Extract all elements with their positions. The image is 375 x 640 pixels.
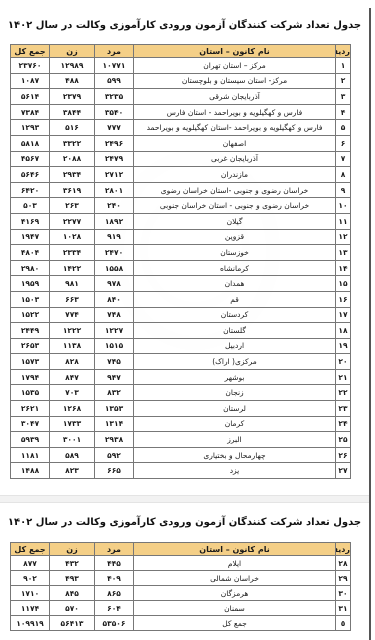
cell-name: خوزستان bbox=[134, 245, 336, 261]
table-row: ۲مرکز- استان سیستان و بلوچستان۵۹۹۴۸۸۱۰۸۷ bbox=[11, 73, 351, 89]
table-header-row: ردیف نام کانون – استان مرد زن جمع کل bbox=[11, 45, 351, 58]
cell-row-number: ۱۷ bbox=[336, 307, 351, 323]
cell-total: ۱۵۳۵ bbox=[11, 385, 50, 401]
cell-name: زنجان bbox=[134, 385, 336, 401]
cell-total: ۱۵۷۳ bbox=[11, 354, 50, 370]
participants-table-2: ردیف نام کانون – استان مرد زن جمع کل ۲۸ا… bbox=[10, 542, 351, 631]
header-row-number: ردیف bbox=[336, 45, 351, 58]
cell-total: ۲۴۴۹ bbox=[11, 323, 50, 339]
cell-row-number: ۲۲ bbox=[336, 385, 351, 401]
table-row: ٥جمع کل۵۳۵۰۶۵۶۴۱۳۱۰۹۹۱۹ bbox=[11, 616, 351, 631]
cell-male: ۱۸۹۲ bbox=[95, 213, 134, 229]
cell-name: کرمانشاه bbox=[134, 260, 336, 276]
table-row: ۱مرکز – استان تهران۱۰۷۷۱۱۲۹۸۹۲۳۷۶۰ bbox=[11, 58, 351, 74]
cell-female: ۳۶۱۹ bbox=[50, 182, 95, 198]
cell-total: ۱۹۵۹ bbox=[11, 276, 50, 292]
cell-total: ۵۹۳۹ bbox=[11, 432, 50, 448]
header-male: مرد bbox=[95, 45, 134, 58]
cell-male: ۷۴۸ bbox=[95, 307, 134, 323]
cell-total: ۸۷۷ bbox=[11, 556, 50, 571]
cell-male: ۲۹۳۸ bbox=[95, 432, 134, 448]
cell-row-number: ۲۱ bbox=[336, 369, 351, 385]
cell-row-number: ۲ bbox=[336, 73, 351, 89]
cell-male: ۸۶۵ bbox=[95, 586, 134, 601]
cell-female: ۴۹۳ bbox=[50, 571, 95, 586]
cell-female: ۸۴۷ bbox=[50, 369, 95, 385]
cell-name: کرمان bbox=[134, 416, 336, 432]
cell-female: ۷۷۴ bbox=[50, 307, 95, 323]
cell-male: ۱۰۷۷۱ bbox=[95, 58, 134, 74]
table-row: ۳۱سمنان۶۰۴۵۷۰۱۱۷۴ bbox=[11, 601, 351, 616]
table-row: ۱۹اردبیل۱۵۱۵۱۱۳۸۲۶۵۳ bbox=[11, 338, 351, 354]
cell-female: ۳۸۴۴ bbox=[50, 104, 95, 120]
table-row: ۱۴کرمانشاه۱۵۵۸۱۴۲۲۲۹۸۰ bbox=[11, 260, 351, 276]
cell-row-number: ۹ bbox=[336, 182, 351, 198]
table-row: ۶اصفهان۲۴۹۶۳۳۲۲۵۸۱۸ bbox=[11, 135, 351, 151]
cell-row-number: ۱۸ bbox=[336, 323, 351, 339]
cell-total: ۱۷۱۰ bbox=[11, 586, 50, 601]
cell-row-number: ۲۵ bbox=[336, 432, 351, 448]
table-row: ۲۴کرمان۱۳۱۴۱۷۳۳۳۰۴۷ bbox=[11, 416, 351, 432]
cell-row-number: ٥ bbox=[336, 616, 351, 631]
cell-row-number: ۸ bbox=[336, 167, 351, 183]
cell-female: ۳۳۲۲ bbox=[50, 135, 95, 151]
cell-name: یزد bbox=[134, 463, 336, 479]
cell-male: ۷۷۷ bbox=[95, 120, 134, 136]
table-row: ۱۵همدان۹۷۸۹۸۱۱۹۵۹ bbox=[11, 276, 351, 292]
cell-total: ۱۰۹۹۱۹ bbox=[11, 616, 50, 631]
cell-total: ۴۸۰۴ bbox=[11, 245, 50, 261]
cell-name: فارس و کهگیلویه و بویراحمد -استان کهگیلو… bbox=[134, 120, 336, 136]
table-row: ۲۷یزد۶۶۵۸۲۳۱۴۸۸ bbox=[11, 463, 351, 479]
cell-name: سمنان bbox=[134, 601, 336, 616]
header-total: جمع کل bbox=[11, 45, 50, 58]
cell-male: ۶۰۴ bbox=[95, 601, 134, 616]
cell-male: ۱۵۱۵ bbox=[95, 338, 134, 354]
cell-male: ۵۳۵۰۶ bbox=[95, 616, 134, 631]
cell-name: مرکزی( اراک) bbox=[134, 354, 336, 370]
cell-female: ۴۸۸ bbox=[50, 73, 95, 89]
header-name: نام کانون – استان bbox=[134, 45, 336, 58]
cell-male: ۱۲۲۷ bbox=[95, 323, 134, 339]
cell-female: ۷۰۳ bbox=[50, 385, 95, 401]
cell-name: مرکز – استان تهران bbox=[134, 58, 336, 74]
cell-name: کردستان bbox=[134, 307, 336, 323]
cell-row-number: ۵ bbox=[336, 120, 351, 136]
header-name: نام کانون – استان bbox=[134, 543, 336, 556]
cell-male: ۸۴۰ bbox=[95, 291, 134, 307]
cell-male: ۱۳۵۳ bbox=[95, 401, 134, 417]
cell-row-number: ۳۱ bbox=[336, 601, 351, 616]
cell-name: لرستان bbox=[134, 401, 336, 417]
cell-row-number: ۱۰ bbox=[336, 198, 351, 214]
cell-row-number: ۱۳ bbox=[336, 245, 351, 261]
table-row: ۲۹خراسان شمالی۴۰۹۴۹۳۹۰۲ bbox=[11, 571, 351, 586]
cell-male: ۲۴۹۶ bbox=[95, 135, 134, 151]
cell-row-number: ۲۴ bbox=[336, 416, 351, 432]
header-total: جمع کل bbox=[11, 543, 50, 556]
cell-name: قم bbox=[134, 291, 336, 307]
cell-male: ۷۴۵ bbox=[95, 354, 134, 370]
cell-female: ۳۰۰۱ bbox=[50, 432, 95, 448]
cell-name: هرمزگان bbox=[134, 586, 336, 601]
header-female: زن bbox=[50, 543, 95, 556]
cell-male: ۵۹۲ bbox=[95, 447, 134, 463]
cell-female: ۵۶۴۱۳ bbox=[50, 616, 95, 631]
cell-total: ۶۴۲۰ bbox=[11, 182, 50, 198]
cell-female: ۵۸۹ bbox=[50, 447, 95, 463]
cell-total: ۱۷۹۴ bbox=[11, 369, 50, 385]
cell-total: ۲۶۲۱ bbox=[11, 401, 50, 417]
cell-male: ۹۱۹ bbox=[95, 229, 134, 245]
cell-male: ۳۵۴۰ bbox=[95, 104, 134, 120]
cell-total: ۱۱۸۱ bbox=[11, 447, 50, 463]
cell-male: ۹۷۸ bbox=[95, 276, 134, 292]
header-male: مرد bbox=[95, 543, 134, 556]
cell-female: ۱۲۲۲ bbox=[50, 323, 95, 339]
cell-name: مرکز- استان سیستان و بلوچستان bbox=[134, 73, 336, 89]
cell-row-number: ۲۸ bbox=[336, 556, 351, 571]
cell-female: ۴۳۲ bbox=[50, 556, 95, 571]
cell-total: ۵۶۴۶ bbox=[11, 167, 50, 183]
cell-total: ۱۴۸۸ bbox=[11, 463, 50, 479]
cell-total: ۵۸۱۸ bbox=[11, 135, 50, 151]
cell-female: ۵۱۶ bbox=[50, 120, 95, 136]
cell-name: بوشهر bbox=[134, 369, 336, 385]
cell-name: قزوین bbox=[134, 229, 336, 245]
table-header-row: ردیف نام کانون – استان مرد زن جمع کل bbox=[11, 543, 351, 556]
cell-female: ۵۷۰ bbox=[50, 601, 95, 616]
table-row: ۳آذربایجان شرقی۳۲۳۵۲۳۷۹۵۶۱۴ bbox=[11, 89, 351, 105]
cell-female: ۸۲۳ bbox=[50, 463, 95, 479]
cell-row-number: ۱۱ bbox=[336, 213, 351, 229]
cell-total: ۷۳۸۴ bbox=[11, 104, 50, 120]
cell-male: ۲۴۷۰ bbox=[95, 245, 134, 261]
cell-female: ۲۹۳۴ bbox=[50, 167, 95, 183]
cell-name: گیلان bbox=[134, 213, 336, 229]
cell-male: ۳۲۳۵ bbox=[95, 89, 134, 105]
cell-male: ۲۷۱۲ bbox=[95, 167, 134, 183]
page-edge-line bbox=[369, 8, 371, 640]
cell-female: ۱۷۳۳ bbox=[50, 416, 95, 432]
table-row: ۱۱گیلان۱۸۹۲۲۲۷۷۴۱۶۹ bbox=[11, 213, 351, 229]
table-row: ۲۵البرز۲۹۳۸۳۰۰۱۵۹۳۹ bbox=[11, 432, 351, 448]
cell-name: جمع کل bbox=[134, 616, 336, 631]
table2-title: جدول تعداد شرکت کنندگان آزمون ورودی کارآ… bbox=[0, 517, 369, 528]
table-row: ۱۸گلستان۱۲۲۷۱۲۲۲۲۴۴۹ bbox=[11, 323, 351, 339]
cell-name: خراسان رضوی و جنوبی -استان خراسان رضوی bbox=[134, 182, 336, 198]
cell-total: ۱۲۹۳ bbox=[11, 120, 50, 136]
cell-total: ۵۶۱۴ bbox=[11, 89, 50, 105]
cell-row-number: ۳۰ bbox=[336, 586, 351, 601]
document-page: جدول تعداد شرکت کنندگان آزمون ورودی کارآ… bbox=[0, 0, 375, 640]
cell-female: ۱۲۹۸۹ bbox=[50, 58, 95, 74]
cell-female: ۱۰۲۸ bbox=[50, 229, 95, 245]
cell-male: ۱۵۵۸ bbox=[95, 260, 134, 276]
cell-male: ۹۴۷ bbox=[95, 369, 134, 385]
cell-total: ۱۱۷۴ bbox=[11, 601, 50, 616]
table-row: ۱۷کردستان۷۴۸۷۷۴۱۵۲۲ bbox=[11, 307, 351, 323]
cell-row-number: ۲۳ bbox=[336, 401, 351, 417]
header-row-number: ردیف bbox=[336, 543, 351, 556]
cell-name: خراسان شمالی bbox=[134, 571, 336, 586]
table-row: ۳۰هرمزگان۸۶۵۸۴۵۱۷۱۰ bbox=[11, 586, 351, 601]
cell-female: ۲۰۸۸ bbox=[50, 151, 95, 167]
cell-female: ۶۶۳ bbox=[50, 291, 95, 307]
cell-male: ۵۹۹ bbox=[95, 73, 134, 89]
cell-row-number: ۲۹ bbox=[336, 571, 351, 586]
cell-female: ۲۳۳۴ bbox=[50, 245, 95, 261]
cell-total: ۹۰۲ bbox=[11, 571, 50, 586]
cell-row-number: ۴ bbox=[336, 104, 351, 120]
cell-female: ۲۶۳ bbox=[50, 198, 95, 214]
cell-total: ۱۵۲۲ bbox=[11, 307, 50, 323]
cell-name: فارس و کهگیلویه و بویراحمد - استان فارس bbox=[134, 104, 336, 120]
cell-row-number: ۱۹ bbox=[336, 338, 351, 354]
cell-total: ۱۵۰۳ bbox=[11, 291, 50, 307]
cell-name: اردبیل bbox=[134, 338, 336, 354]
participants-table-1: ردیف نام کانون – استان مرد زن جمع کل ۱مر… bbox=[10, 44, 351, 479]
cell-total: ۱۹۴۷ bbox=[11, 229, 50, 245]
cell-row-number: ۲۰ bbox=[336, 354, 351, 370]
table-row: ۹خراسان رضوی و جنوبی -استان خراسان رضوی۲… bbox=[11, 182, 351, 198]
table-row: ۲۸ایلام۴۴۵۴۳۲۸۷۷ bbox=[11, 556, 351, 571]
table-row: ۴فارس و کهگیلویه و بویراحمد - استان فارس… bbox=[11, 104, 351, 120]
cell-name: آذربایجان شرقی bbox=[134, 89, 336, 105]
table-row: ۸مازندران۲۷۱۲۲۹۳۴۵۶۴۶ bbox=[11, 167, 351, 183]
table-row: ۵فارس و کهگیلویه و بویراحمد -استان کهگیل… bbox=[11, 120, 351, 136]
cell-name: چهارمحال و بختیاری bbox=[134, 447, 336, 463]
cell-male: ۴۰۹ bbox=[95, 571, 134, 586]
cell-female: ۸۴۵ bbox=[50, 586, 95, 601]
cell-row-number: ۱۲ bbox=[336, 229, 351, 245]
cell-female: ۹۸۱ bbox=[50, 276, 95, 292]
cell-male: ۲۸۰۱ bbox=[95, 182, 134, 198]
cell-row-number: ۳ bbox=[336, 89, 351, 105]
table-row: ۱۶قم۸۴۰۶۶۳۱۵۰۳ bbox=[11, 291, 351, 307]
cell-row-number: ۲۷ bbox=[336, 463, 351, 479]
table1-title: جدول تعداد شرکت کنندگان آزمون ورودی کارآ… bbox=[0, 20, 369, 31]
cell-female: ۱۱۳۸ bbox=[50, 338, 95, 354]
table-row: ۲۳لرستان۱۳۵۳۱۲۶۸۲۶۲۱ bbox=[11, 401, 351, 417]
cell-row-number: ۷ bbox=[336, 151, 351, 167]
table-row: ۷آذربایجان غربی۲۴۷۹۲۰۸۸۴۵۶۷ bbox=[11, 151, 351, 167]
table-row: ۱۳خوزستان۲۴۷۰۲۳۳۴۴۸۰۴ bbox=[11, 245, 351, 261]
cell-total: ۲۹۸۰ bbox=[11, 260, 50, 276]
cell-male: ۱۳۱۴ bbox=[95, 416, 134, 432]
cell-row-number: ۱۵ bbox=[336, 276, 351, 292]
header-female: زن bbox=[50, 45, 95, 58]
cell-row-number: ۱۶ bbox=[336, 291, 351, 307]
cell-female: ۲۳۷۹ bbox=[50, 89, 95, 105]
cell-row-number: ۲۶ bbox=[336, 447, 351, 463]
cell-name: اصفهان bbox=[134, 135, 336, 151]
table-row: ۲۰مرکزی( اراک)۷۴۵۸۲۸۱۵۷۳ bbox=[11, 354, 351, 370]
cell-row-number: ۱ bbox=[336, 58, 351, 74]
table-row: ۲۶چهارمحال و بختیاری۵۹۲۵۸۹۱۱۸۱ bbox=[11, 447, 351, 463]
cell-row-number: ۶ bbox=[336, 135, 351, 151]
cell-female: ۲۲۷۷ bbox=[50, 213, 95, 229]
cell-name: گلستان bbox=[134, 323, 336, 339]
cell-male: ۶۶۵ bbox=[95, 463, 134, 479]
cell-name: مازندران bbox=[134, 167, 336, 183]
cell-female: ۸۲۸ bbox=[50, 354, 95, 370]
cell-name: همدان bbox=[134, 276, 336, 292]
cell-name: ایلام bbox=[134, 556, 336, 571]
cell-female: ۱۲۶۸ bbox=[50, 401, 95, 417]
cell-row-number: ۱۴ bbox=[336, 260, 351, 276]
table-row: ۱۰خراسان رضوی و جنوبی - استان خراسان جنو… bbox=[11, 198, 351, 214]
cell-total: ۳۰۴۷ bbox=[11, 416, 50, 432]
cell-total: ۱۰۸۷ bbox=[11, 73, 50, 89]
cell-name: خراسان رضوی و جنوبی - استان خراسان جنوبی bbox=[134, 198, 336, 214]
cell-male: ۴۴۵ bbox=[95, 556, 134, 571]
cell-total: ۴۱۶۹ bbox=[11, 213, 50, 229]
cell-male: ۲۴۰ bbox=[95, 198, 134, 214]
cell-total: ۲۶۵۳ bbox=[11, 338, 50, 354]
cell-total: ۴۵۶۷ bbox=[11, 151, 50, 167]
cell-total: ۵۰۳ bbox=[11, 198, 50, 214]
cell-name: آذربایجان غربی bbox=[134, 151, 336, 167]
cell-total: ۲۳۷۶۰ bbox=[11, 58, 50, 74]
cell-female: ۱۴۲۲ bbox=[50, 260, 95, 276]
cell-name: البرز bbox=[134, 432, 336, 448]
section-divider bbox=[0, 495, 369, 503]
cell-male: ۲۴۷۹ bbox=[95, 151, 134, 167]
table-row: ۱۲قزوین۹۱۹۱۰۲۸۱۹۴۷ bbox=[11, 229, 351, 245]
table-row: ۲۲زنجان۸۳۲۷۰۳۱۵۳۵ bbox=[11, 385, 351, 401]
table-row: ۲۱بوشهر۹۴۷۸۴۷۱۷۹۴ bbox=[11, 369, 351, 385]
cell-male: ۸۳۲ bbox=[95, 385, 134, 401]
